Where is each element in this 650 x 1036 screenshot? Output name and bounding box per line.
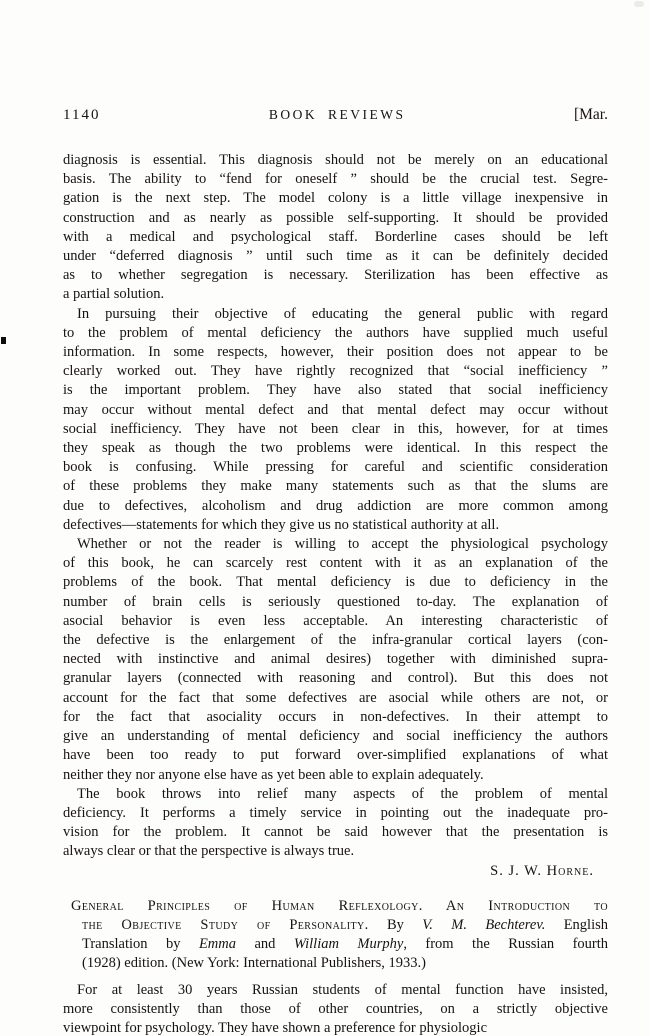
citation-line: the Objective Study of Personality. By V… [82,916,608,935]
reviewer-name: S. J. W. Horne. [490,863,594,879]
text-line: information. In some respects, however, … [63,343,608,362]
page-header: 1140 BOOK REVIEWS [Mar. [63,106,608,124]
text-line: of these problems they make many stateme… [63,477,608,496]
text-line: a partial solution. [63,285,608,304]
text-line: to the problem of mental deficiency the … [63,324,608,343]
text-line: The book throws into relief many aspects… [63,785,608,804]
text-line: always clear or that the perspective is … [63,842,608,861]
text-line: Whether or not the reader is willing to … [63,535,608,554]
citation-line: Translation by Emma and William Murphy, … [82,935,608,954]
citation-text: English [545,917,608,933]
text-line: deficiency. It performs a timely service… [63,804,608,823]
running-head-title: BOOK REVIEWS [100,107,574,123]
text-line: with a medical and psychological staff. … [63,228,608,247]
next-review-body: For at least 30 years Russian students o… [63,981,608,1036]
text-line: may occur without mental defect and that… [63,401,608,420]
text-line: give an understanding of mental deficien… [63,727,608,746]
text-line: gation is the next step. The model colon… [63,189,608,208]
text-line: the defective is the enlargement of the … [63,631,608,650]
review-paragraph: In pursuing their objective of educating… [63,305,608,535]
text-line: neither they nor anyone else have as yet… [63,766,608,785]
citation-name-italic: V. M. Bechterev. [422,917,545,933]
text-line: number of brain cells is seriously quest… [63,593,608,612]
text-line: viewpoint for psychology. They have show… [63,1019,608,1036]
text-line: have been too ready to put forward over-… [63,746,608,765]
text-line: account for the fact that some defective… [63,689,608,708]
citation-text: General Principles of Human Reflexology.… [71,898,608,914]
page-number: 1140 [63,107,100,124]
text-line: problems of the book. That mental defici… [63,573,608,592]
citation-text: and [236,936,294,952]
text-line: nected with instinctive and animal desir… [63,650,608,669]
text-line: asocial behavior is even less acceptable… [63,612,608,631]
scan-artifact-smudge [634,1,644,7]
review-paragraph: For at least 30 years Russian students o… [63,981,608,1036]
text-line: vision for the problem. It cannot be sai… [63,823,608,842]
text-line: due to defectives, alcoholism and drug a… [63,497,608,516]
citation-text: Translation by [82,936,199,952]
text-line: book is confusing. While pressing for ca… [63,458,608,477]
text-line: of this book, he can scarcely rest conte… [63,554,608,573]
book-citation: General Principles of Human Reflexology.… [63,897,608,974]
text-line: more consistently than those of other co… [63,1000,608,1019]
review-body: diagnosis is essential. This diagnosis s… [63,151,608,862]
text-line: basis. The ability to “fend for oneself … [63,170,608,189]
text-line: defectives—statements for which they giv… [63,516,608,535]
citation-text: the Objective Study of Personality. [82,917,369,933]
page-content: diagnosis is essential. This diagnosis s… [63,151,608,1036]
text-line: For at least 30 years Russian students o… [63,981,608,1000]
scan-artifact-dot [1,337,6,344]
citation-text: By [369,917,423,933]
review-paragraph: Whether or not the reader is willing to … [63,535,608,785]
text-line: granular layers (connected with reasonin… [63,669,608,688]
citation-text: , from the Russian fourth [403,936,608,952]
reviewer-signature: S. J. W. Horne. [63,862,608,881]
text-line: diagnosis is essential. This diagnosis s… [63,151,608,170]
review-paragraph: diagnosis is essential. This diagnosis s… [63,151,608,305]
text-line: social inefficiency. They have not been … [63,420,608,439]
citation-line: (1928) edition. (New York: International… [82,954,608,973]
text-line: is the important problem. They have also… [63,381,608,400]
review-paragraph: The book throws into relief many aspects… [63,785,608,862]
issue-date: [Mar. [574,106,608,124]
citation-name-italic: Emma [199,936,236,952]
text-line: as to whether segregation is necessary. … [63,266,608,285]
text-line: for the fact that asociality occurs in n… [63,708,608,727]
citation-line: General Principles of Human Reflexology.… [82,897,608,916]
text-line: clearly worked out. They have rightly re… [63,362,608,381]
text-line: under “deferred diagnosis ” until such t… [63,247,608,266]
text-line: construction and as nearly as possible s… [63,209,608,228]
citation-text: (1928) edition. (New York: International… [82,955,426,971]
text-line: they speak as though the two problems we… [63,439,608,458]
text-line: In pursuing their objective of educating… [63,305,608,324]
citation-name-italic: William Murphy [294,936,403,952]
